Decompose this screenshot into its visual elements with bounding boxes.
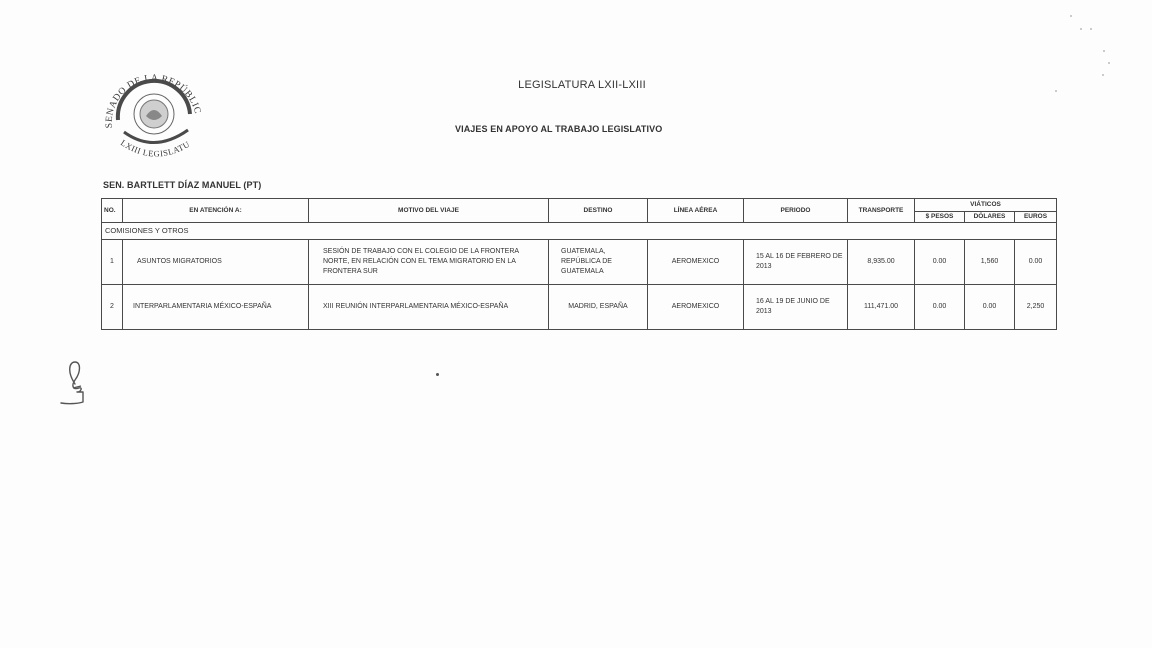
cell-period: 15 AL 16 DE FEBRERO DE 2013 xyxy=(744,240,848,285)
table-row: 1 ASUNTOS MIGRATORIOS SESIÓN DE TRABAJO … xyxy=(102,240,1057,285)
cell-no: 2 xyxy=(102,285,123,330)
cell-airline: AEROMEXICO xyxy=(648,240,744,285)
cell-pesos: 0.00 xyxy=(915,240,965,285)
header-viaticos: VIÁTICOS xyxy=(915,199,1057,212)
cell-transport: 111,471.00 xyxy=(848,285,915,330)
cell-pesos: 0.00 xyxy=(915,285,965,330)
cell-destination: GUATEMALA, REPÚBLICA DE GUATEMALA xyxy=(549,240,648,285)
cell-motive: XIII REUNIÓN INTERPARLAMENTARIA MÉXICO-E… xyxy=(309,285,549,330)
section-row: COMISIONES Y OTROS xyxy=(102,223,1057,240)
legislature-title: LEGISLATURA LXII-LXIII xyxy=(0,79,1152,91)
cell-euros: 0.00 xyxy=(1015,240,1057,285)
cell-period: 16 AL 19 DE JUNIO DE 2013 xyxy=(744,285,848,330)
header-pesos: $ PESOS xyxy=(915,212,965,223)
cell-transport: 8,935.00 xyxy=(848,240,915,285)
table-row: 2 INTERPARLAMENTARIA MÉXICO-ESPAÑA XIII … xyxy=(102,285,1057,330)
header-airline: LÍNEA AÉREA xyxy=(648,199,744,223)
stray-mark xyxy=(436,373,439,376)
header-dollars: DÓLARES xyxy=(965,212,1015,223)
header-motive: MOTIVO DEL VIAJE xyxy=(309,199,549,223)
header-period: PERIODO xyxy=(744,199,848,223)
scanned-document-page: SENADO DE LA REPÚBLICA LXIII LEGISLATURA… xyxy=(0,0,1152,648)
cell-dollars: 0.00 xyxy=(965,285,1015,330)
senator-name: SEN. BARTLETT DÍAZ MANUEL (PT) xyxy=(103,180,261,190)
cell-motive: SESIÓN DE TRABAJO CON EL COLEGIO DE LA F… xyxy=(309,240,549,285)
cell-airline: AEROMEXICO xyxy=(648,285,744,330)
report-title: VIAJES EN APOYO AL TRABAJO LEGISLATIVO xyxy=(455,124,662,134)
header-attention: EN ATENCIÓN A: xyxy=(123,199,309,223)
handwritten-signature-icon xyxy=(55,358,100,413)
table-header-row: NO. EN ATENCIÓN A: MOTIVO DEL VIAJE DEST… xyxy=(102,199,1057,212)
cell-dollars: 1,560 xyxy=(965,240,1015,285)
cell-attention: INTERPARLAMENTARIA MÉXICO-ESPAÑA xyxy=(123,285,309,330)
header-transport: TRANSPORTE xyxy=(848,199,915,223)
section-label: COMISIONES Y OTROS xyxy=(102,223,1057,240)
cell-no: 1 xyxy=(102,240,123,285)
travel-expenses-table: NO. EN ATENCIÓN A: MOTIVO DEL VIAJE DEST… xyxy=(101,198,1057,330)
cell-destination: MADRID, ESPAÑA xyxy=(549,285,648,330)
cell-attention: ASUNTOS MIGRATORIOS xyxy=(123,240,309,285)
cell-euros: 2,250 xyxy=(1015,285,1057,330)
header-euros: EUROS xyxy=(1015,212,1057,223)
header-no: NO. xyxy=(102,199,123,223)
header-destination: DESTINO xyxy=(549,199,648,223)
